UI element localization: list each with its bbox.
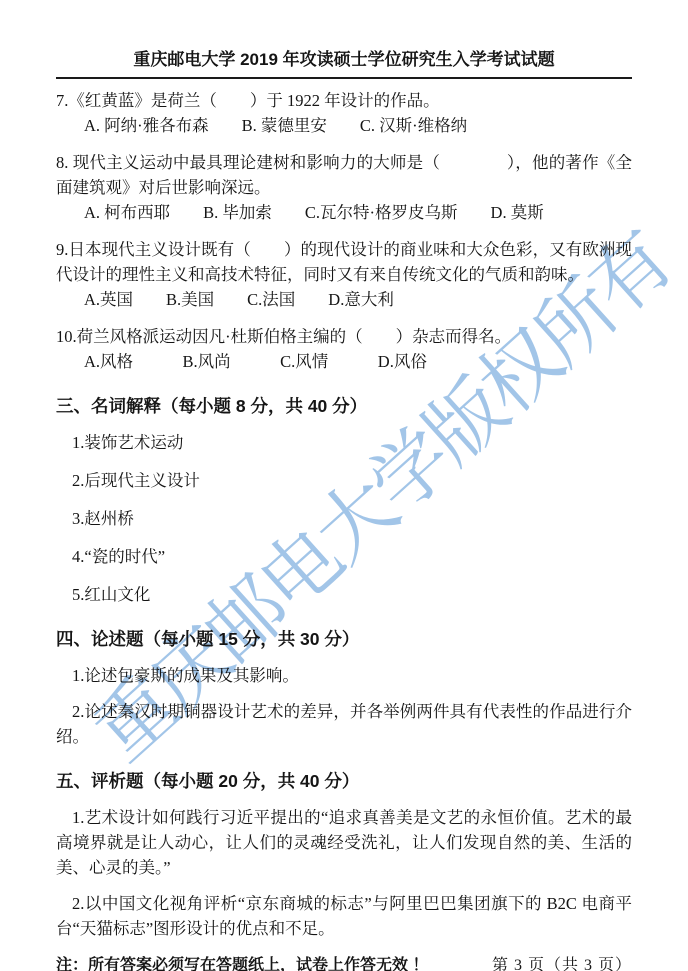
question-8-options: A. 柯布西耶 B. 毕加索 C.瓦尔特·格罗皮乌斯 D. 莫斯	[56, 200, 632, 225]
section-analysis-heading: 五、评析题（每小题 20 分，共 40 分）	[56, 769, 632, 793]
section-terms-heading: 三、名词解释（每小题 8 分，共 40 分）	[56, 394, 632, 418]
term-item-5: 5.红山文化	[56, 582, 632, 607]
answer-sheet-notice: 注：所有答案必须写在答题纸上，试卷上作答无效 ！	[56, 952, 428, 971]
section-essay: 四、论述题（每小题 15 分，共 30 分） 1.论述包豪斯的成果及其影响。 2…	[56, 627, 632, 749]
question-7-text: 7.《红黄蓝》是荷兰（ ）于 1922 年设计的作品。	[56, 88, 632, 113]
essay-item-1: 1.论述包豪斯的成果及其影响。	[56, 663, 632, 688]
exam-title: 重庆邮电大学 2019 年攻读硕士学位研究生入学考试试题	[56, 48, 632, 72]
term-item-4: 4.“瓷的时代”	[56, 544, 632, 569]
section-essay-heading: 四、论述题（每小题 15 分，共 30 分）	[56, 627, 632, 651]
analysis-item-1: 1.艺术设计如何践行习近平提出的“追求真善美是文艺的永恒价值。艺术的最高境界就是…	[56, 805, 632, 880]
question-10: 10.荷兰风格派运动因凡·杜斯伯格主编的（ ）杂志而得名。 A.风格 B.风尚 …	[56, 324, 632, 374]
section-analysis: 五、评析题（每小题 20 分，共 40 分） 1.艺术设计如何践行习近平提出的“…	[56, 769, 632, 941]
page-header: 重庆邮电大学 2019 年攻读硕士学位研究生入学考试试题	[56, 48, 632, 79]
term-item-3: 3.赵州桥	[56, 506, 632, 531]
essay-item-2: 2.论述秦汉时期铜器设计艺术的差异，并各举例两件具有代表性的作品进行介绍。	[56, 699, 632, 749]
page-content: 重庆邮电大学 2019 年攻读硕士学位研究生入学考试试题 7.《红黄蓝》是荷兰（…	[56, 48, 632, 952]
exam-page: 重庆邮电大学版权所有 重庆邮电大学 2019 年攻读硕士学位研究生入学考试试题 …	[0, 0, 688, 971]
header-divider	[56, 77, 632, 79]
question-8-text: 8. 现代主义运动中最具理论建树和影响力的大师是（ ），他的著作《全面建筑观》对…	[56, 150, 632, 200]
question-9-options: A.英国 B.美国 C.法国 D.意大利	[56, 287, 632, 312]
term-item-2: 2.后现代主义设计	[56, 468, 632, 493]
question-9-text: 9.日本现代主义设计既有（ ）的现代设计的商业味和大众色彩，又有欧洲现代设计的理…	[56, 237, 632, 287]
question-7: 7.《红黄蓝》是荷兰（ ）于 1922 年设计的作品。 A. 阿纳·雅各布森 B…	[56, 88, 632, 138]
page-footer: 注：所有答案必须写在答题纸上，试卷上作答无效 ！ 第 3 页（共 3 页）	[56, 952, 632, 971]
question-7-options: A. 阿纳·雅各布森 B. 蒙德里安 C. 汉斯·维格纳	[56, 113, 632, 138]
page-number: 第 3 页（共 3 页）	[492, 952, 632, 971]
term-item-1: 1.装饰艺术运动	[56, 430, 632, 455]
question-10-options: A.风格 B.风尚 C.风情 D.风俗	[56, 349, 632, 374]
analysis-item-2: 2.以中国文化视角评析“京东商城的标志”与阿里巴巴集团旗下的 B2C 电商平台“…	[56, 891, 632, 941]
section-terms: 三、名词解释（每小题 8 分，共 40 分） 1.装饰艺术运动 2.后现代主义设…	[56, 394, 632, 607]
question-9: 9.日本现代主义设计既有（ ）的现代设计的商业味和大众色彩，又有欧洲现代设计的理…	[56, 237, 632, 312]
question-8: 8. 现代主义运动中最具理论建树和影响力的大师是（ ），他的著作《全面建筑观》对…	[56, 150, 632, 225]
question-10-text: 10.荷兰风格派运动因凡·杜斯伯格主编的（ ）杂志而得名。	[56, 324, 632, 349]
